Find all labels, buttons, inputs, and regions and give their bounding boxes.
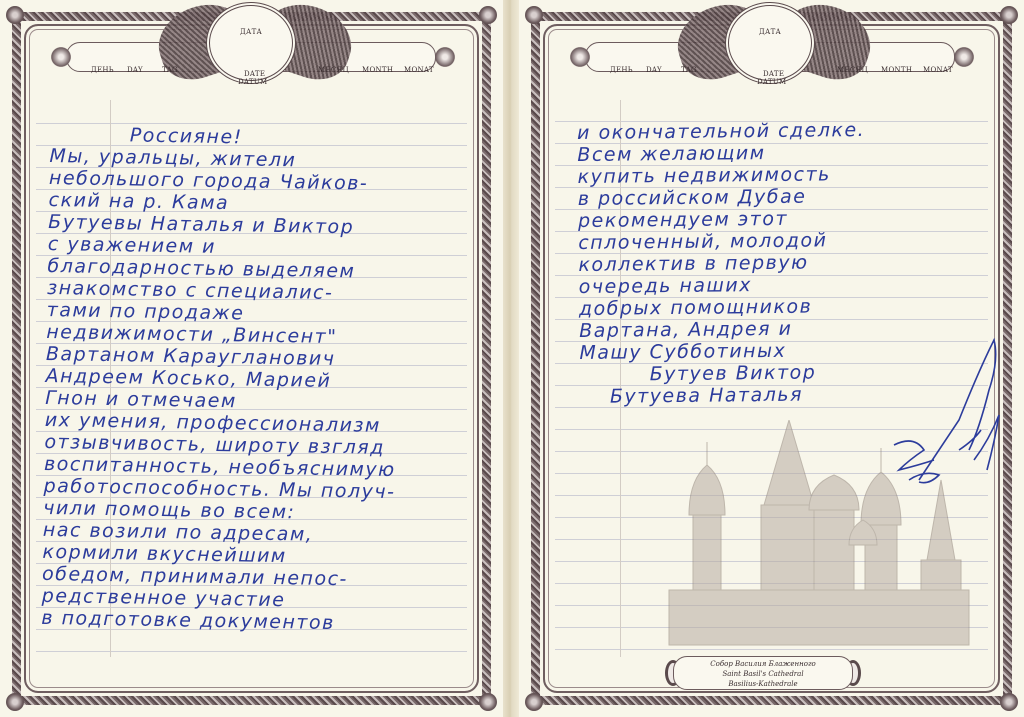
handwritten-line: Всем желающим: [577, 141, 865, 166]
date-label-en: DATE: [763, 70, 784, 78]
handwritten-line: Машу Субботиных: [579, 339, 867, 364]
handwritten-line: коллектив в первую: [578, 251, 866, 276]
caption-ru: Собор Василия Блаженного: [674, 659, 852, 669]
corner-ornament-icon: [1000, 6, 1018, 24]
left-page: ДАТА DATE DATUM ДЕНЬ DAY TAG МЕСЯЦ MONTH…: [0, 0, 503, 717]
month-label-ru: МЕСЯЦ: [837, 66, 868, 74]
handwritten-line: в российском Дубае: [578, 185, 866, 210]
day-label-en: DAY: [646, 66, 662, 74]
handwritten-line: и окончательной сделке.: [577, 119, 865, 144]
day-label-ru: ДЕНЬ: [610, 66, 633, 74]
corner-ornament-icon: [525, 693, 543, 711]
handwritten-letter: Россияне!Мы, уральцы, жителинебольшого г…: [41, 123, 402, 635]
caption-de: Basilius-Kathedrale: [674, 679, 852, 689]
month-label-de: MONAT: [923, 66, 953, 74]
handwritten-line: Бутуева Наталья: [580, 383, 868, 408]
band-cap-icon: [953, 44, 975, 70]
month-label-de: MONAT: [404, 66, 434, 74]
handwritten-line: рекомендуем этот: [578, 207, 866, 232]
date-label-ru: ДАТА: [240, 28, 262, 36]
date-label-de: DATUM: [757, 78, 787, 86]
book-gutter: [503, 0, 519, 717]
corner-ornament-icon: [525, 6, 543, 24]
caption-en: Saint Basil's Cathedral: [674, 669, 852, 679]
handwritten-line: очередь наших: [579, 273, 867, 298]
signature-icon: [889, 430, 959, 490]
corner-ornament-icon: [479, 693, 497, 711]
handwritten-line: добрых помощников: [579, 295, 867, 320]
handwritten-line: Вартана, Андрея и: [579, 317, 867, 342]
band-cap-icon: [569, 44, 591, 70]
corner-ornament-icon: [1000, 693, 1018, 711]
band-cap-icon: [50, 44, 72, 70]
handwritten-letter: и окончательной сделке.Всем желающимкупи…: [577, 119, 868, 408]
handwritten-line: Бутуев Виктор: [580, 361, 868, 386]
date-label-de: DATUM: [238, 78, 268, 86]
handwritten-line: сплоченный, молодой: [578, 229, 866, 254]
right-page: ДАТА DATE DATUM ДЕНЬ DAY TAG МЕСЯЦ MONTH…: [519, 0, 1024, 717]
date-label-ru: ДАТА: [759, 28, 781, 36]
illustration-caption: Собор Василия Блаженного Saint Basil's C…: [673, 656, 853, 690]
band-cap-icon: [434, 44, 456, 70]
handwritten-line: купить недвижимость: [577, 163, 865, 188]
month-label-ru: МЕСЯЦ: [318, 66, 349, 74]
month-label-en: MONTH: [881, 66, 912, 74]
corner-ornament-icon: [6, 6, 24, 24]
diary-spread: ДАТА DATE DATUM ДЕНЬ DAY TAG МЕСЯЦ MONTH…: [0, 0, 1024, 717]
date-label-en: DATE: [244, 70, 265, 78]
month-label-en: MONTH: [362, 66, 393, 74]
day-label-en: DAY: [127, 66, 143, 74]
corner-ornament-icon: [6, 693, 24, 711]
day-label-de: TAG: [681, 66, 697, 74]
day-label-ru: ДЕНЬ: [91, 66, 114, 74]
day-label-de: TAG: [162, 66, 178, 74]
corner-ornament-icon: [479, 6, 497, 24]
